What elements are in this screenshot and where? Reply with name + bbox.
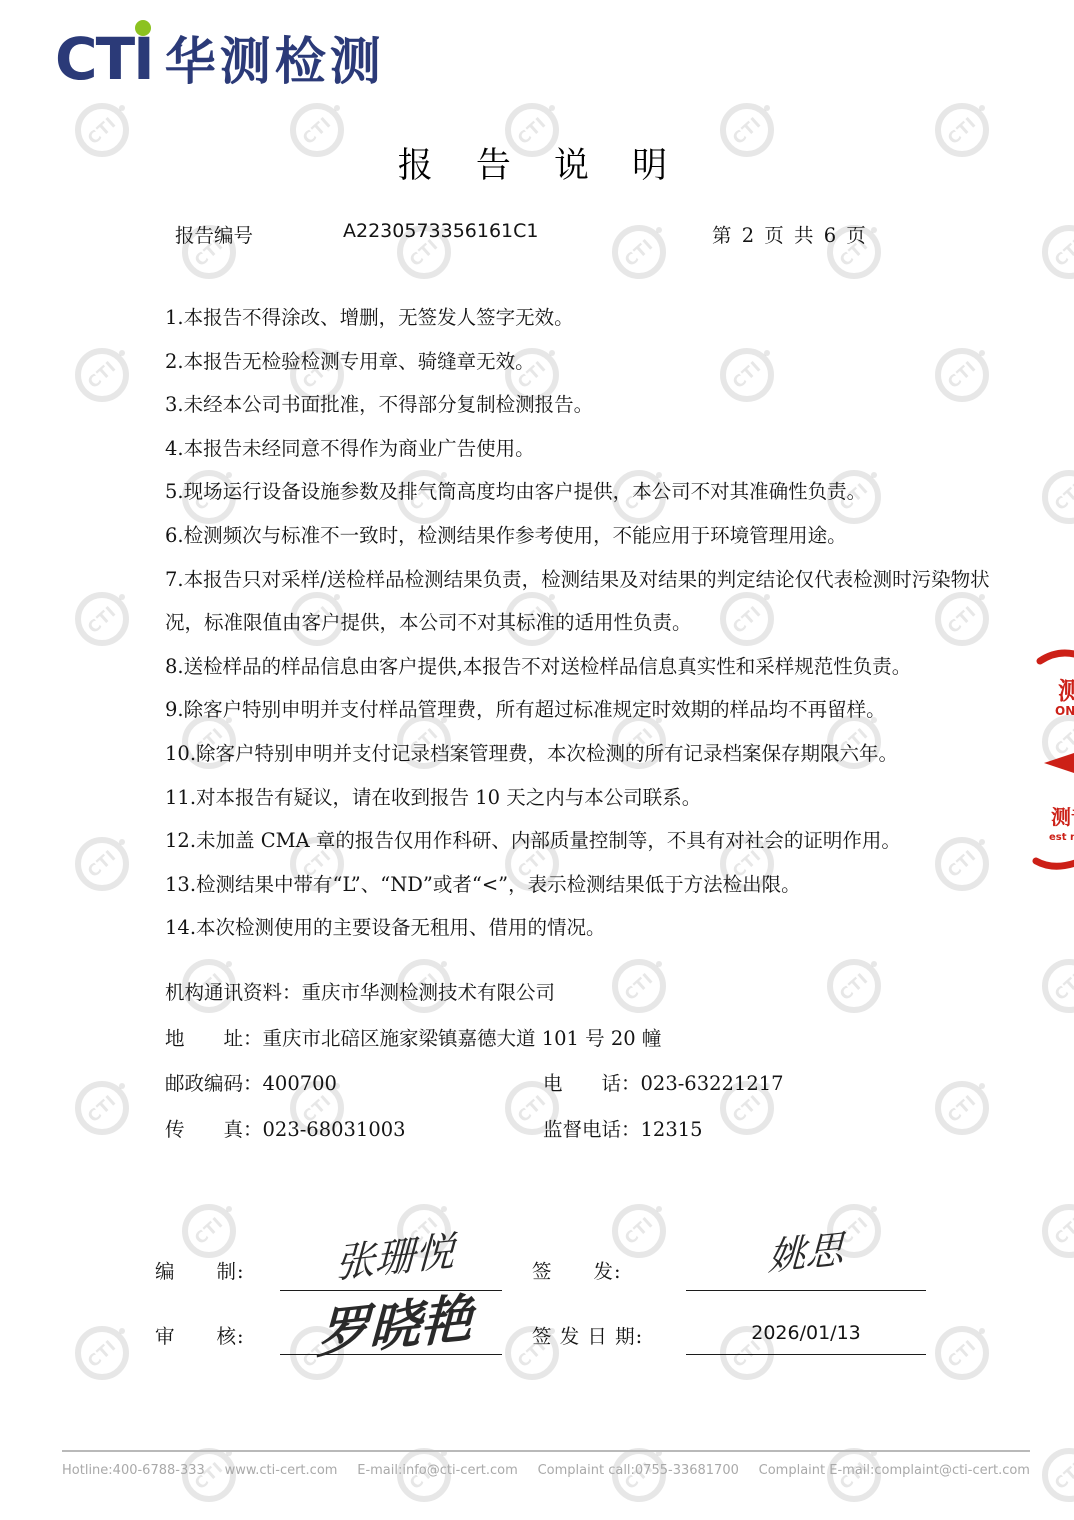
footer-bar: Hotline:400-6788-333 www.cti-cert.com E-… bbox=[62, 1450, 1030, 1478]
seal-latin-fragment-2: est ng bbox=[1049, 832, 1074, 843]
issue-date-value: 2026/01/13 bbox=[686, 1322, 926, 1344]
red-seal-fragment: 测 ONA 测专 est ng bbox=[1028, 645, 1074, 875]
seal-latin-fragment: ONA bbox=[1055, 704, 1074, 718]
reviewed-by-label: 审 核: bbox=[155, 1321, 245, 1349]
seal-star-icon bbox=[1044, 717, 1074, 809]
issued-by-label: 签 发: bbox=[532, 1256, 622, 1284]
cti-logo: CTI 华测检测 bbox=[55, 26, 385, 93]
seal-top-arc bbox=[1040, 653, 1074, 661]
footer-email: E-mail:info@cti-cert.com bbox=[357, 1463, 518, 1478]
cti-logo-latin: CTI bbox=[55, 26, 153, 93]
seal-bottom-arc bbox=[1036, 861, 1074, 866]
seal-char-fragment-2: 测专 bbox=[1051, 805, 1074, 829]
red-seal-svg: 测 ONA 测专 est ng bbox=[1028, 645, 1074, 875]
report-page: CTICTICTICTICTICTICTICTICTICTICTICTICTIC… bbox=[0, 0, 1074, 1520]
footer-complaint-call: Complaint call:0755-33681700 bbox=[538, 1463, 739, 1478]
footer-hotline: Hotline:400-6788-333 bbox=[62, 1463, 205, 1478]
cti-logo-green-dot-icon bbox=[135, 20, 151, 36]
footer-complaint-email: Complaint E-mail:complaint@cti-cert.com bbox=[759, 1463, 1030, 1478]
prepared-by-label: 编 制: bbox=[155, 1256, 245, 1284]
seal-char-fragment: 测 bbox=[1058, 677, 1074, 705]
issue-date-label: 签 发 日 期: bbox=[532, 1321, 643, 1349]
cti-logo-cjk: 华测检测 bbox=[165, 32, 385, 93]
signoff-section: 编 制: 张珊悦 签 发: 姚思 审 核: 罗晓艳 签 发 日 期: 2026/… bbox=[0, 0, 1074, 1520]
cti-logo-text: CTI bbox=[55, 25, 153, 93]
footer-website: www.cti-cert.com bbox=[225, 1463, 338, 1478]
